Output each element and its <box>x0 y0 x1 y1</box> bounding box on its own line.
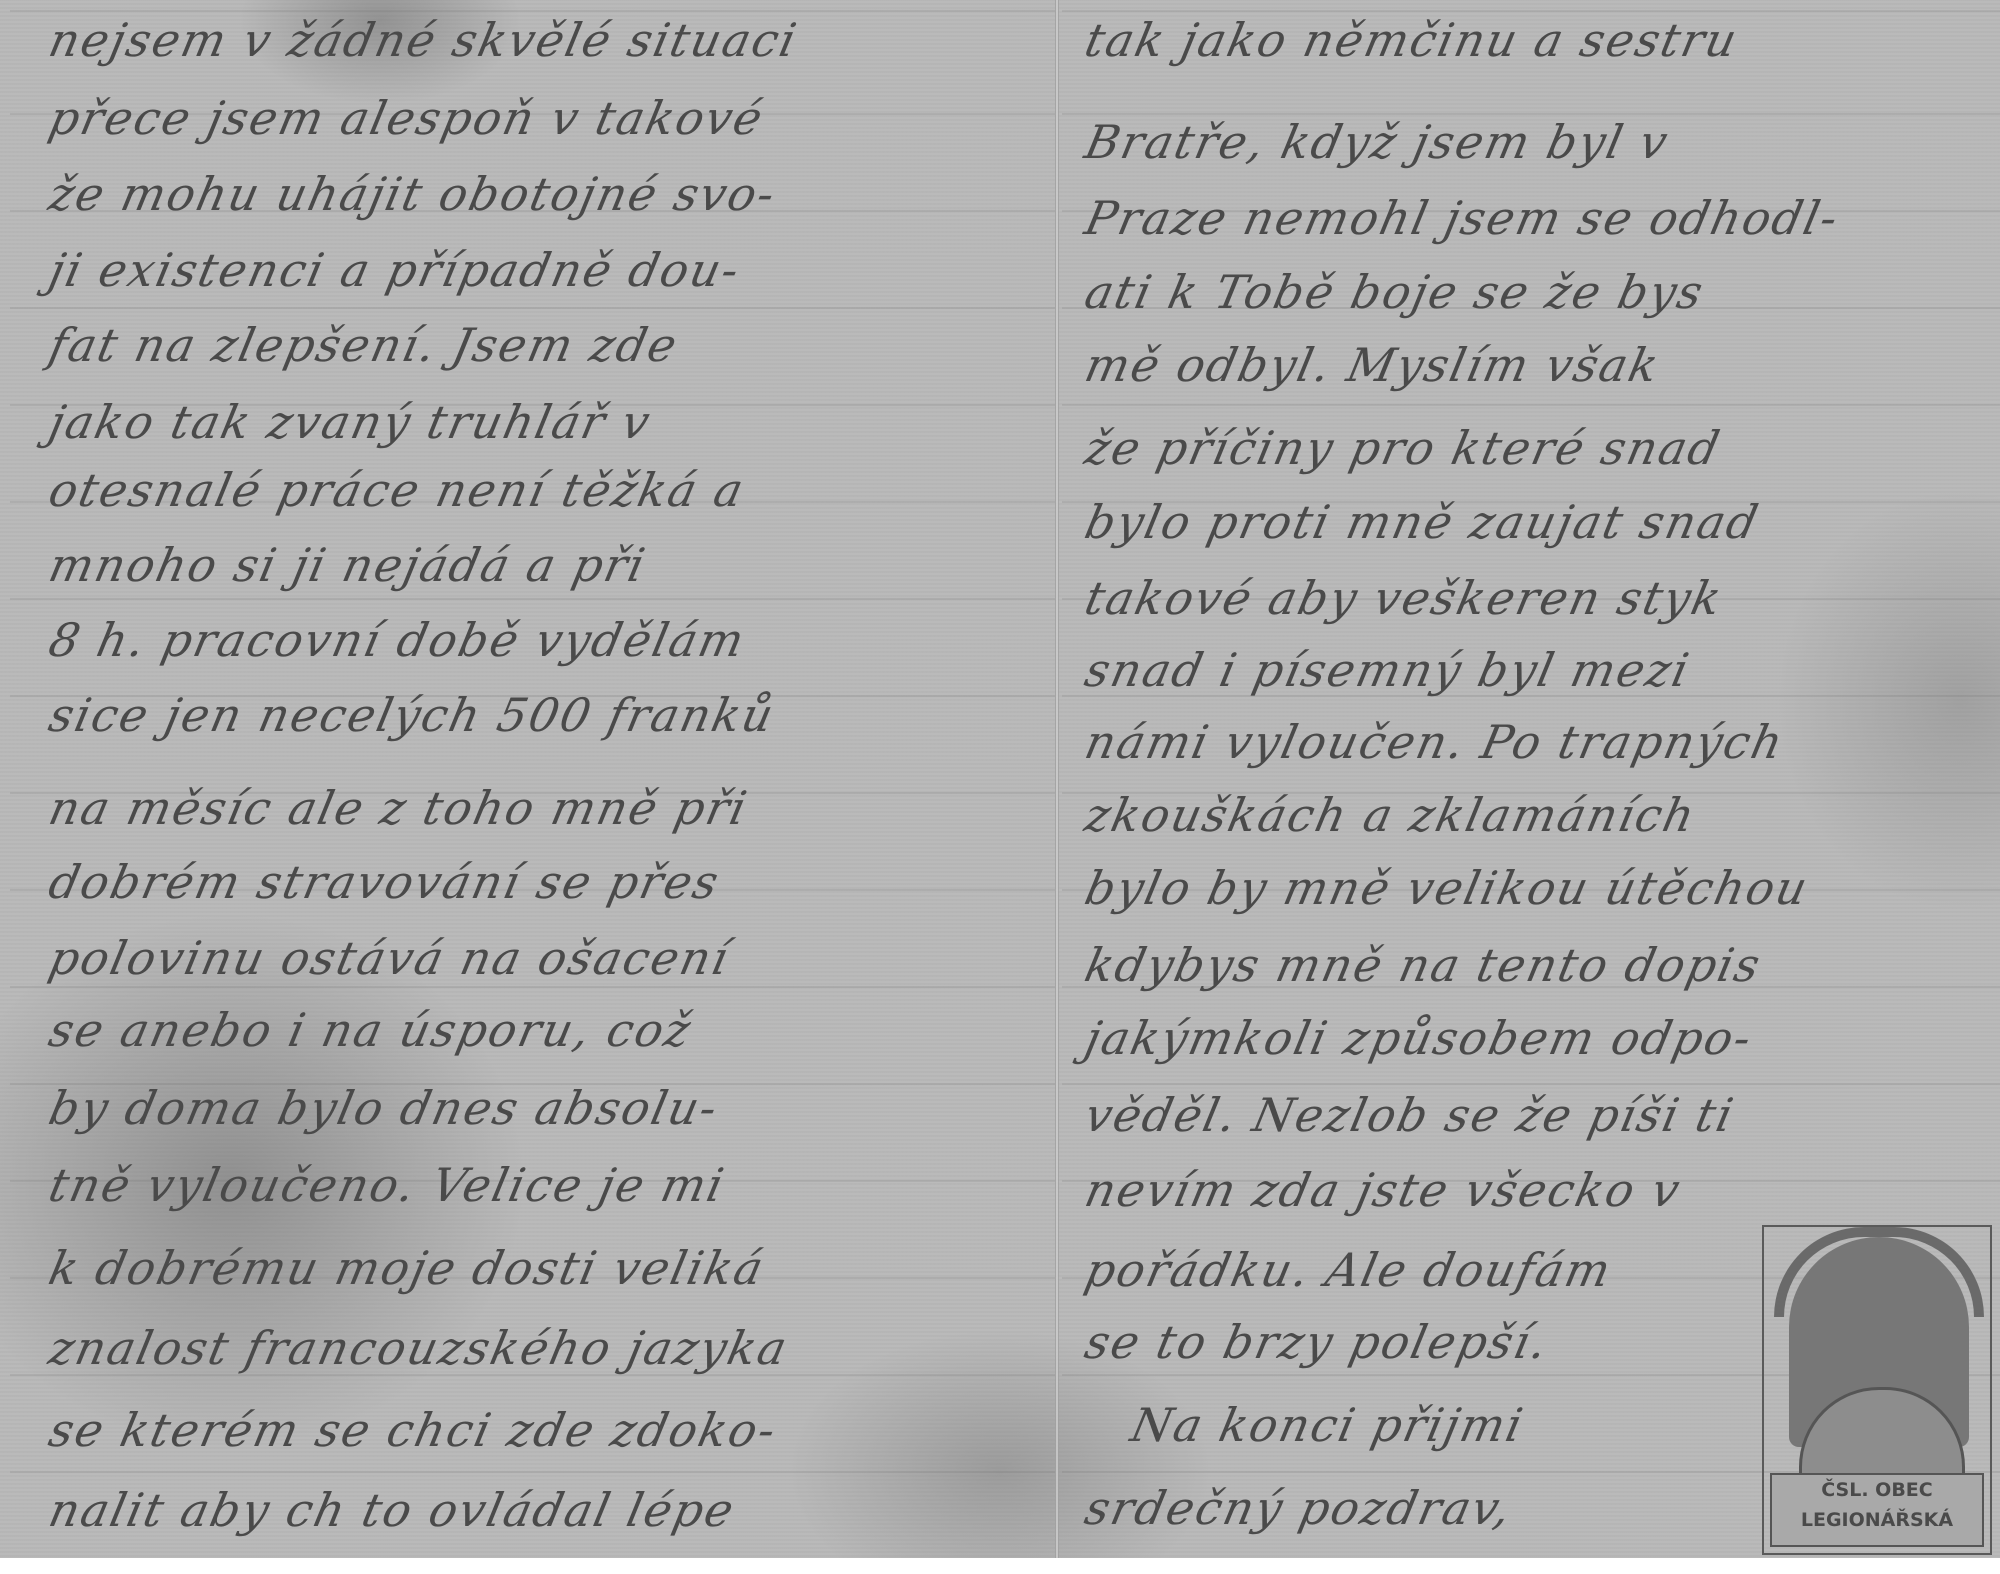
letter-line: věděl. Nezlob se že píši ti <box>1056 1085 2000 1145</box>
helmet-icon <box>1774 1227 1984 1317</box>
letter-line: na měsíc ale z toho mně při <box>4 778 1062 838</box>
letter-line: přece jsem alespoň v takové <box>4 88 1062 148</box>
letter-line: dobrém stravování se přes <box>4 852 1062 912</box>
letter-line: by doma bylo dnes absolu- <box>4 1078 1062 1138</box>
legion-stamp: ČSL. OBEC LEGIONÁŘSKÁ <box>1762 1225 1992 1555</box>
letter-line: sice jen necelých 500 franků <box>4 685 1062 745</box>
letter-line: Bratře, když jsem byl v <box>1056 112 2000 172</box>
letter-line: že příčiny pro které snad <box>1056 418 2000 478</box>
letter-line: polovinu ostává na ošacení <box>4 928 1062 988</box>
letter-sheet: nejsem v žádné skvělé situaci přece jsem… <box>0 0 2000 1558</box>
letter-line: fat na zlepšení. Jsem zde <box>4 315 1062 375</box>
letter-line: tak jako němčinu a sestru <box>1056 10 2000 70</box>
letter-line: bylo by mně velikou útěchou <box>1056 858 2000 918</box>
letter-line: nevím zda jste všecko v <box>1056 1160 2000 1220</box>
letter-line: bylo proti mně zaujat snad <box>1056 492 2000 552</box>
letter-line: ati k Tobě boje se že bys <box>1056 262 2000 322</box>
letter-line: nalit aby ch to ovládal lépe <box>4 1480 1062 1540</box>
letter-line: snad i písemný byl mezi <box>1056 640 2000 700</box>
letter-line: se anebo i na úsporu, což <box>4 1000 1062 1060</box>
letter-line: 8 h. pracovní době vydělám <box>4 610 1062 670</box>
letter-line: mě odbyl. Myslím však <box>1056 335 2000 395</box>
stamp-label: ČSL. OBEC LEGIONÁŘSKÁ <box>1770 1473 1984 1547</box>
letter-line: znalost francouzského jazyka <box>4 1318 1062 1378</box>
letter-line: mnoho si ji nejádá a při <box>4 535 1062 595</box>
stamp-line-2: LEGIONÁŘSKÁ <box>1772 1505 1982 1535</box>
stamp-line-1: ČSL. OBEC <box>1772 1475 1982 1505</box>
letter-line: jako tak zvaný truhlář v <box>4 392 1062 452</box>
letter-line: zkouškách a zklamáních <box>1056 785 2000 845</box>
letter-line: že mohu uhájit obotojné svo- <box>4 164 1062 224</box>
letter-line: Praze nemohl jsem se odhodl- <box>1056 188 2000 248</box>
letter-line: takové aby veškeren styk <box>1056 568 2000 628</box>
letter-line: ji existenci a případně dou- <box>4 240 1062 300</box>
letter-line: se kterém se chci zde zdoko- <box>4 1400 1062 1460</box>
letter-line: nejsem v žádné skvělé situaci <box>4 10 1062 70</box>
left-page: nejsem v žádné skvělé situaci přece jsem… <box>10 0 1055 1558</box>
letter-line: jakýmkoli způsobem odpo- <box>1056 1008 2000 1068</box>
letter-line: otesnalé práce není těžká a <box>4 460 1062 520</box>
letter-line: tně vyloučeno. Velice je mi <box>4 1155 1062 1215</box>
letter-line: kdybys mně na tento dopis <box>1056 935 2000 995</box>
letter-line: k dobrému moje dosti veliká <box>4 1238 1062 1298</box>
letter-line: námi vyloučen. Po trapných <box>1056 712 2000 772</box>
